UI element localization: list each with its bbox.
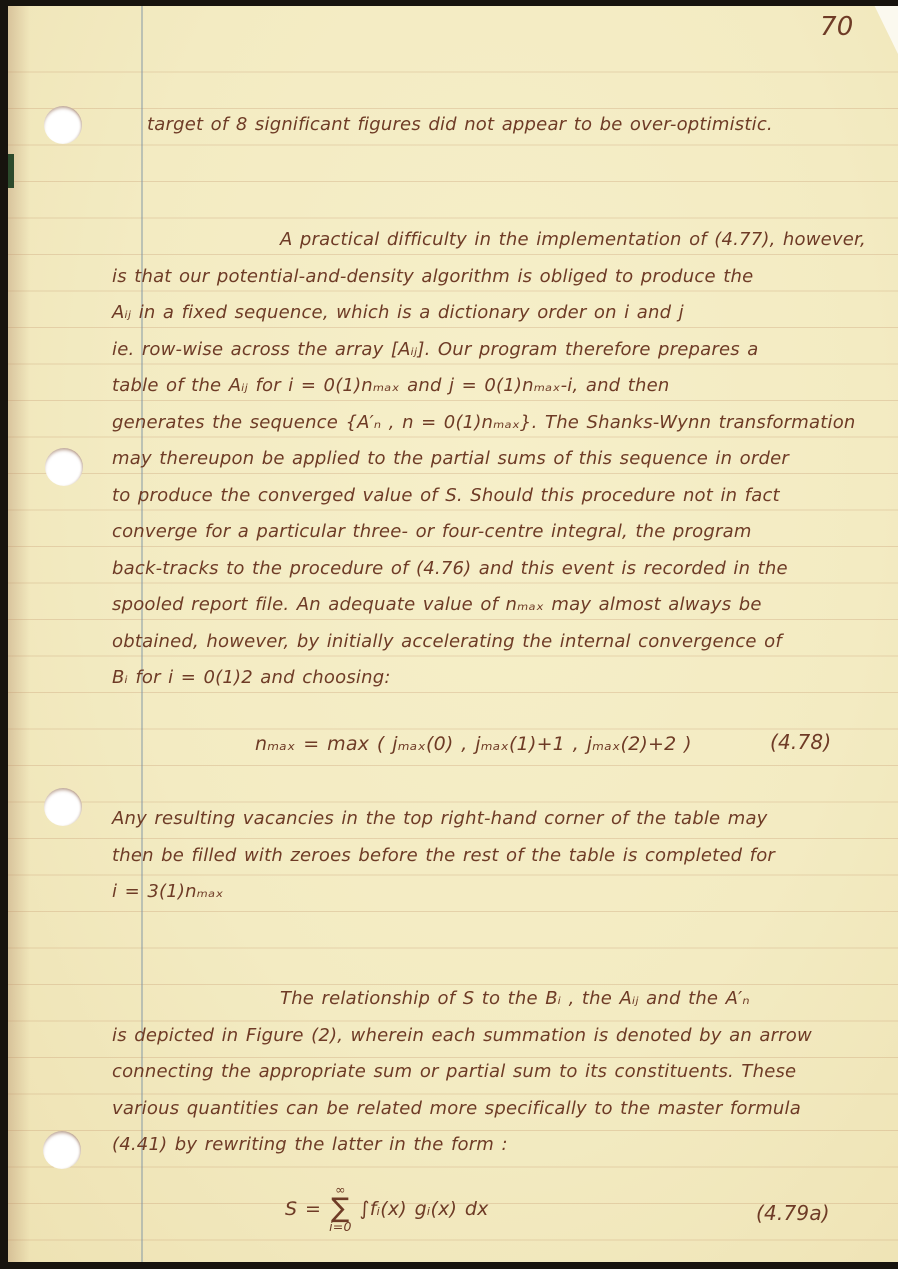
page-number: 70 [820, 12, 853, 42]
summation-lower-limit: i=0 [329, 1221, 352, 1234]
scanned-manuscript-page: { "document": { "page_number": "70", "co… [0, 0, 898, 1269]
paragraph-vacancies: Any resulting vacancies in the top right… [112, 801, 775, 911]
manuscript-line: spooled report file. An adequate value o… [112, 587, 866, 624]
manuscript-line: to produce the converged value of S. Sho… [112, 478, 866, 515]
manuscript-line: The relationship of S to the Bᵢ , the Aᵢ… [112, 981, 812, 1018]
paragraph-main: A practical difficulty in the implementa… [112, 222, 866, 697]
punch-hole [44, 788, 82, 826]
equation-4-78: nₘₐₓ = max ( jₘₐₓ(0) , jₘₐₓ(1)+1 , jₘₐₓ(… [255, 733, 692, 755]
equation-body: nₘₐₓ = max ( jₘₐₓ(0) , jₘₐₓ(1)+1 , jₘₐₓ(… [255, 733, 692, 755]
manuscript-line: then be filled with zeroes before the re… [112, 838, 775, 875]
manuscript-line: converge for a particular three- or four… [112, 514, 866, 551]
summation-symbol: ∞ ∑ i=0 [329, 1184, 352, 1233]
scan-artifact-speck [8, 154, 14, 188]
equation-number-4-78: (4.78) [770, 730, 831, 754]
punch-hole [45, 448, 83, 486]
manuscript-line: various quantities can be related more s… [112, 1091, 812, 1128]
manuscript-line: i = 3(1)nₘₐₓ [112, 874, 775, 911]
equation-4-79a: S = ∞ ∑ i=0 ∫fᵢ(x) gᵢ(x) dx [285, 1184, 489, 1233]
sigma-icon: ∑ [331, 1197, 349, 1221]
equation-integrand: ∫fᵢ(x) gᵢ(x) dx [360, 1198, 489, 1220]
paragraph-opening: target of 8 significant figures did not … [147, 107, 773, 144]
manuscript-line: table of the Aᵢⱼ for i = 0(1)nₘₐₓ and j … [112, 368, 866, 405]
manuscript-line: (4.41) by rewriting the latter in the fo… [112, 1127, 812, 1164]
equation-number-4-79a: (4.79a) [756, 1201, 830, 1225]
manuscript-line: may thereupon be applied to the partial … [112, 441, 866, 478]
manuscript-line: is that our potential-and-density algori… [112, 259, 866, 296]
manuscript-line: obtained, however, by initially accelera… [112, 624, 866, 661]
scan-corner-sliver [872, 6, 898, 54]
equation-lhs: S = [285, 1198, 321, 1220]
manuscript-line: Any resulting vacancies in the top right… [112, 801, 775, 838]
manuscript-line: back-tracks to the procedure of (4.76) a… [112, 551, 866, 588]
manuscript-line: connecting the appropriate sum or partia… [112, 1054, 812, 1091]
manuscript-line: Aᵢⱼ in a fixed sequence, which is a dict… [112, 295, 866, 332]
manuscript-line: is depicted in Figure (2), wherein each … [112, 1018, 812, 1055]
manuscript-line: ie. row-wise across the array [Aᵢⱼ]. Our… [112, 332, 866, 369]
manuscript-line: Bᵢ for i = 0(1)2 and choosing: [112, 660, 866, 697]
punch-hole [44, 106, 82, 144]
punch-hole [43, 1131, 81, 1169]
paper-edge-shading [8, 6, 30, 1262]
manuscript-line: generates the sequence {A′ₙ , n = 0(1)nₘ… [112, 405, 866, 442]
paper-sheet: 70 target of 8 significant figures did n… [8, 6, 898, 1262]
paragraph-relationship: The relationship of S to the Bᵢ , the Aᵢ… [112, 981, 812, 1164]
manuscript-line: A practical difficulty in the implementa… [112, 222, 866, 259]
manuscript-line: target of 8 significant figures did not … [147, 107, 773, 144]
